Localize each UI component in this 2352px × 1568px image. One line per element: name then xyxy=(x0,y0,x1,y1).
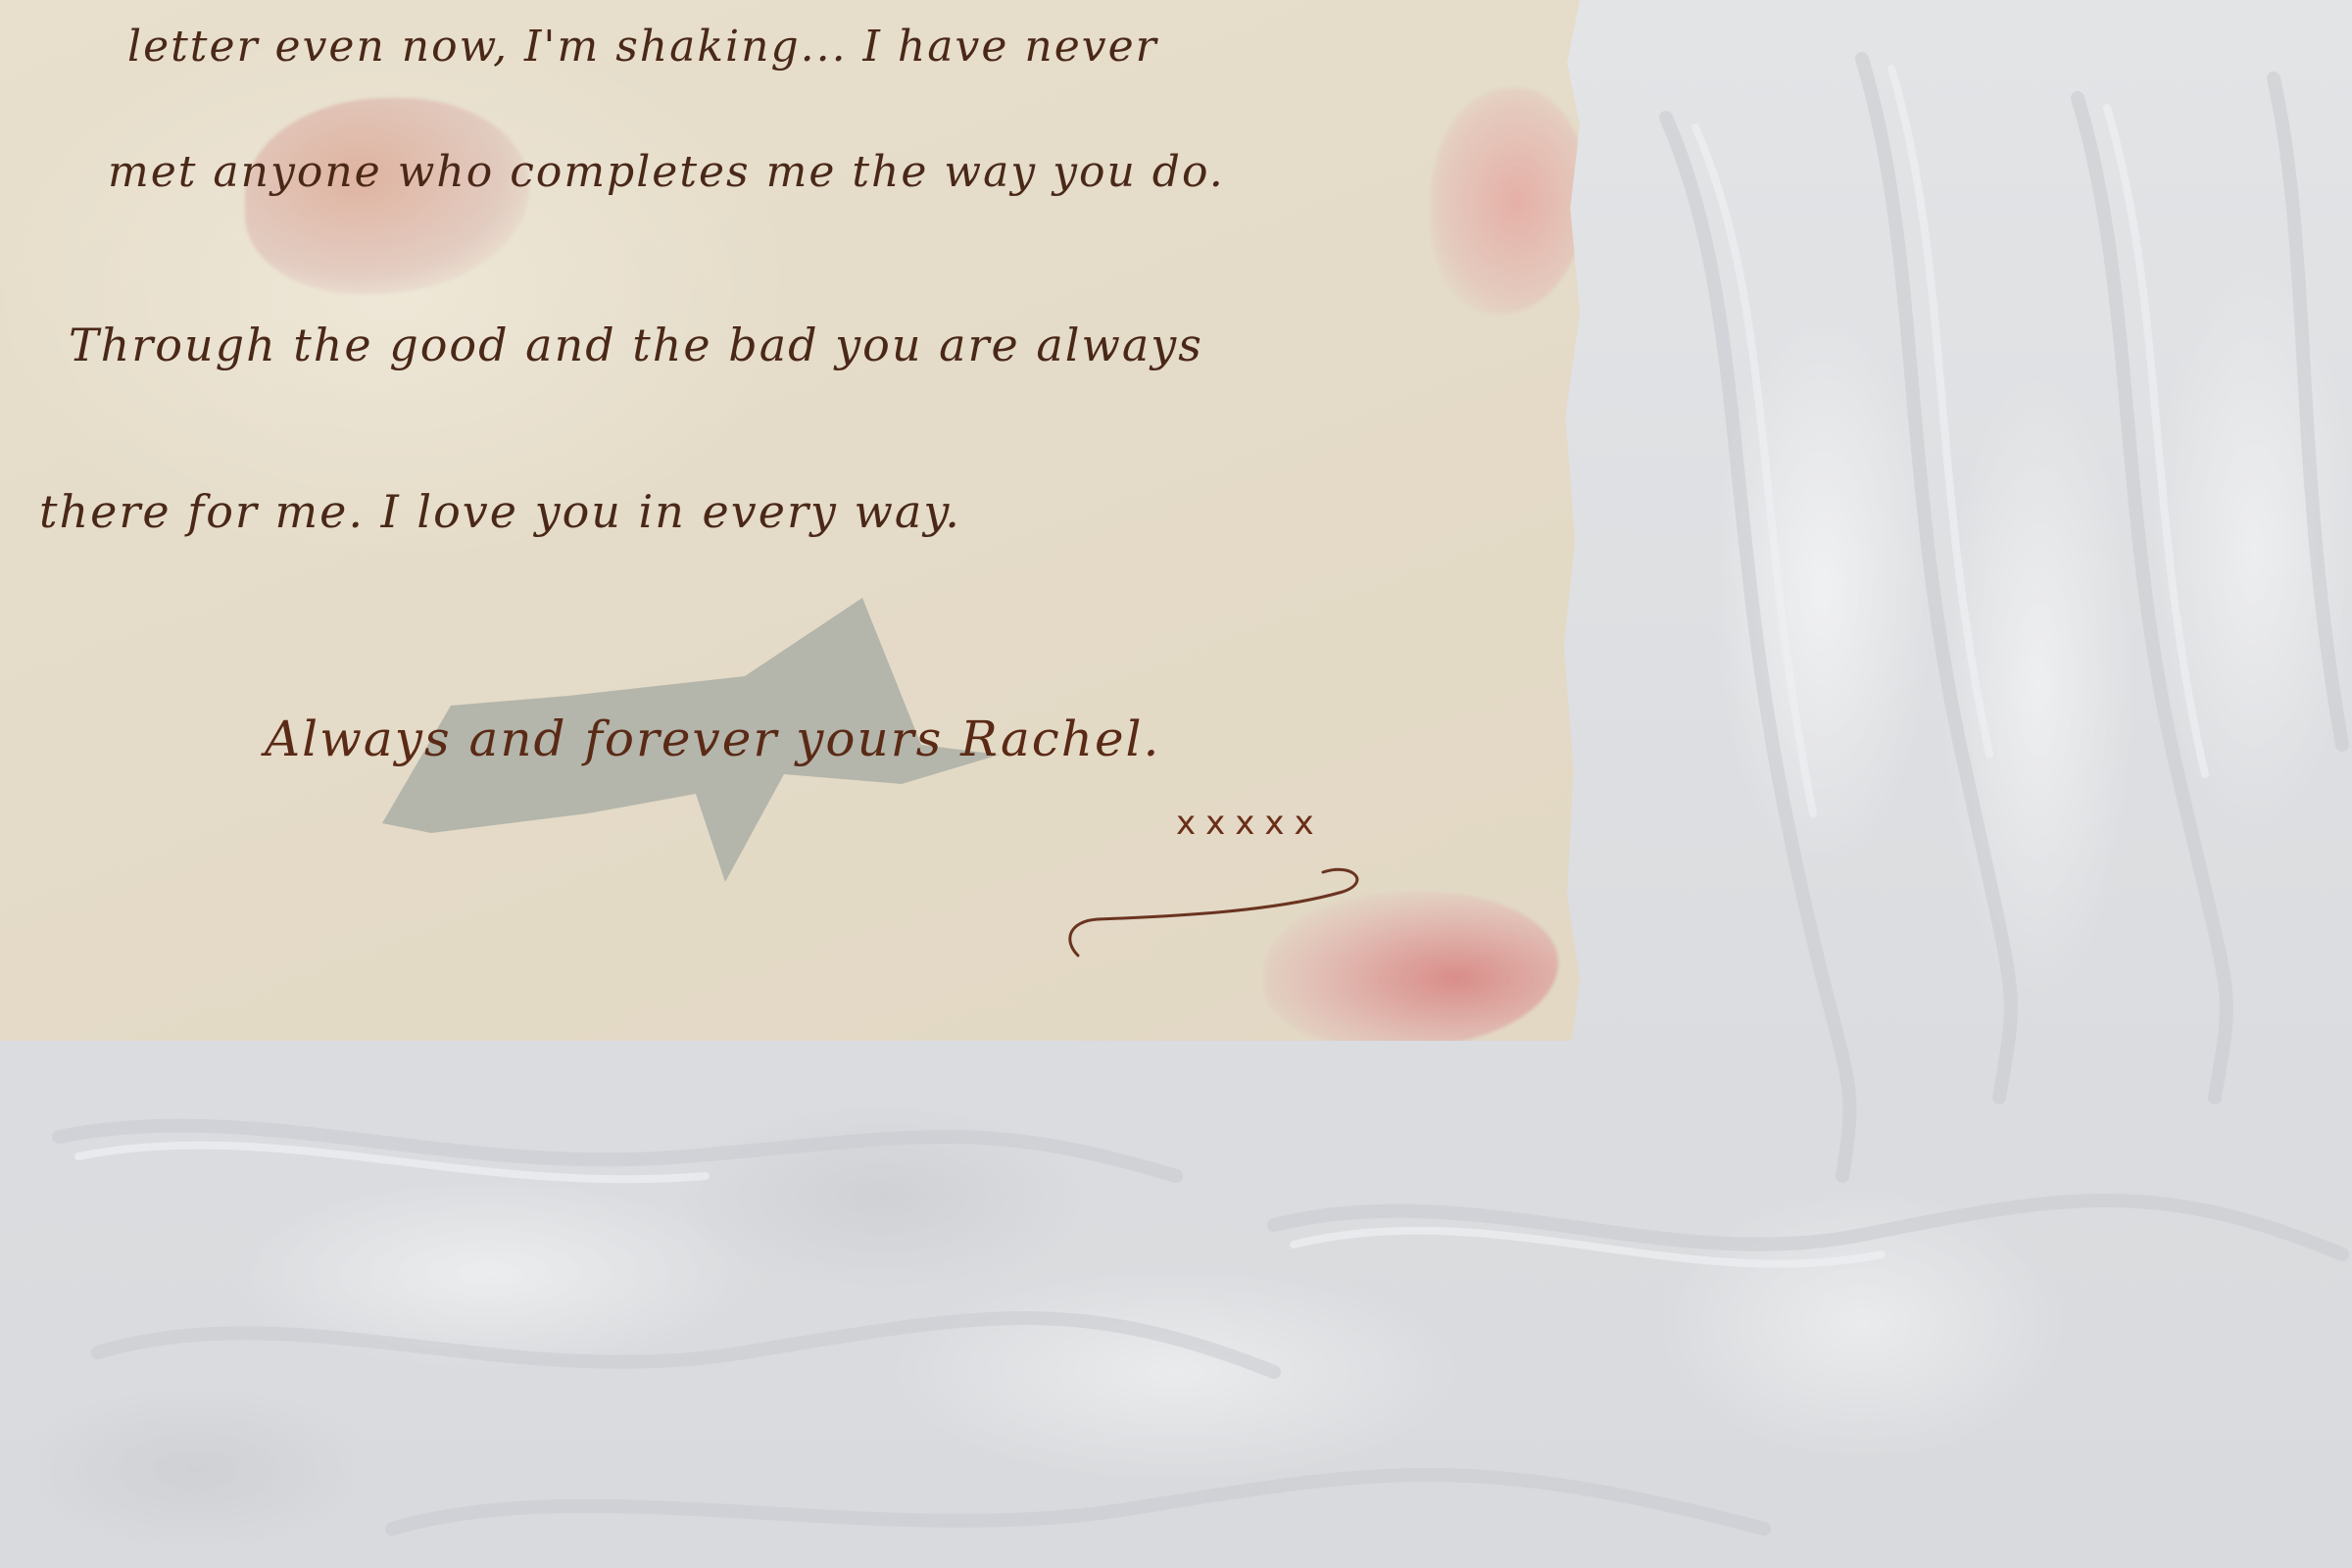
letter-kisses: xxxxx xyxy=(1176,804,1324,843)
letter-line-2: met anyone who completes me the way you … xyxy=(108,147,1225,197)
letter-line-3: Through the good and the bad you are alw… xyxy=(69,318,1203,371)
letter-line-4: there for me. I love you in every way. xyxy=(39,485,961,538)
letter-line-1: letter even now, I'm shaking... I have n… xyxy=(127,22,1158,72)
signature-flourish xyxy=(1058,862,1372,970)
handmade-paper-letter: letter even now, I'm shaking... I have n… xyxy=(0,0,1580,1041)
pressed-petal-pink xyxy=(1431,88,1588,314)
letter-signoff: Always and forever yours Rachel. xyxy=(265,710,1160,767)
